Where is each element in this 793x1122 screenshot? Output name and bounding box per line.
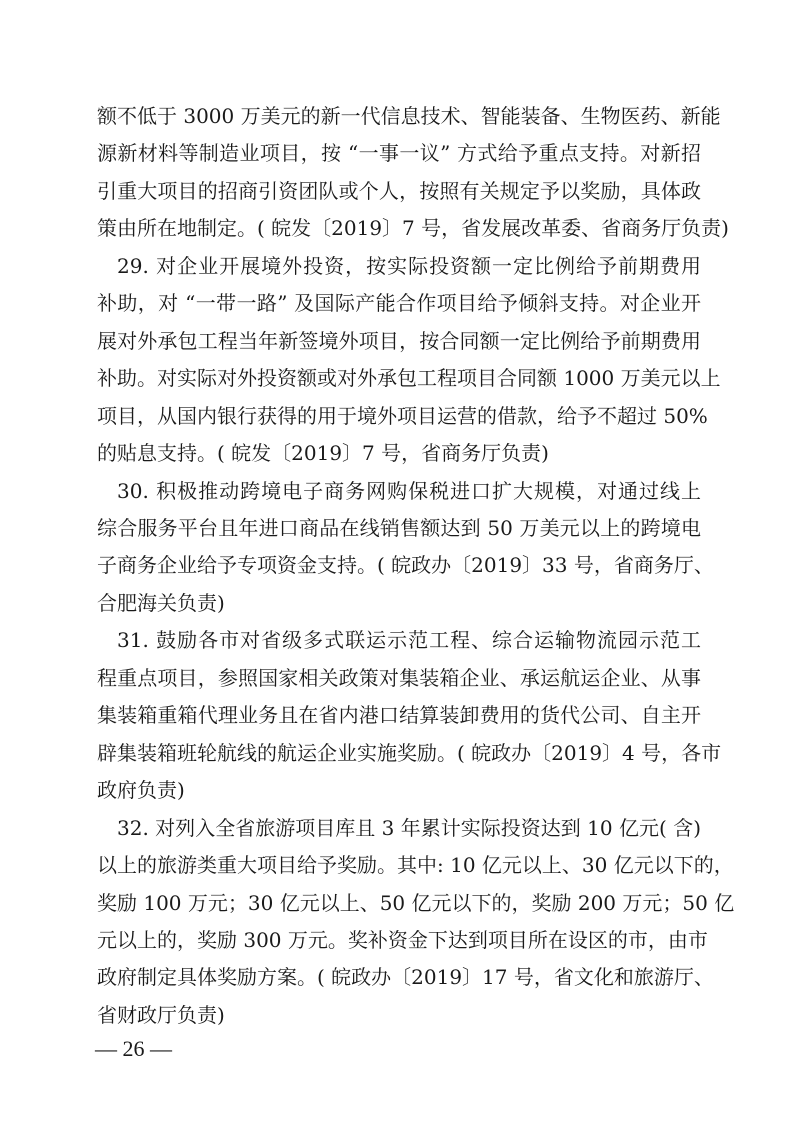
text-line: 综合服务平台且年进口商品在线销售额达到 50 万美元以上的跨境电 [97,510,701,547]
text-line: 省财政厅负责) [97,997,701,1034]
text-line: 的贴息支持。( 皖发〔2019〕7 号，省商务厅负责) [97,435,701,472]
text-line: 合肥海关负责) [97,585,701,622]
text-line: 元以上的，奖励 300 万元。奖补资金下达到项目所在设区的市，由市 [97,922,701,959]
text-line: 额不低于 3000 万美元的新一代信息技术、智能装备、生物医药、新能 [97,98,701,135]
paragraph-29: 29. 对企业开展境外投资，按实际投资额一定比例给予前期费用 补助，对 “一带一… [97,248,701,473]
paragraph-30: 30. 积极推动跨境电子商务网购保税进口扩大规模，对通过线上 综合服务平台且年进… [97,473,701,623]
text-line: 子商务企业给予专项资金支持。( 皖政办〔2019〕33 号，省商务厅、 [97,547,701,584]
paragraph-32: 32. 对列入全省旅游项目库且 3 年累计实际投资达到 10 亿元( 含) 以上… [97,810,701,1035]
text-line: 29. 对企业开展境外投资，按实际投资额一定比例给予前期费用 [97,248,701,285]
text-line: 30. 积极推动跨境电子商务网购保税进口扩大规模，对通过线上 [97,473,701,510]
text-line: 奖励 100 万元；30 亿元以上、50 亿元以下的，奖励 200 万元；50 … [97,885,701,922]
text-line: 补助，对 “一带一路” 及国际产能合作项目给予倾斜支持。对企业开 [97,285,701,322]
text-line: 辟集装箱班轮航线的航运企业实施奖励。( 皖政办〔2019〕4 号，各市 [97,735,701,772]
paragraph-31: 31. 鼓励各市对省级多式联运示范工程、综合运输物流园示范工 程重点项目，参照国… [97,622,701,809]
paragraph-28-continued: 额不低于 3000 万美元的新一代信息技术、智能装备、生物医药、新能 源新材料等… [97,98,701,248]
text-line: 程重点项目，参照国家相关政策对集装箱企业、承运航运企业、从事 [97,660,701,697]
text-line: 策由所在地制定。( 皖发〔2019〕7 号，省发展改革委、省商务厅负责) [97,210,701,247]
text-line: 政府制定具体奖励方案。( 皖政办〔2019〕17 号，省文化和旅游厅、 [97,959,701,996]
text-line: 补助。对实际对外投资额或对外承包工程项目合同额 1000 万美元以上 [97,360,701,397]
document-page: 额不低于 3000 万美元的新一代信息技术、智能装备、生物医药、新能 源新材料等… [97,98,701,1034]
text-line: 31. 鼓励各市对省级多式联运示范工程、综合运输物流园示范工 [97,622,701,659]
text-line: 政府负责) [97,772,701,809]
text-line: 集装箱重箱代理业务且在省内港口结算装卸费用的货代公司、自主开 [97,697,701,734]
text-line: 以上的旅游类重大项目给予奖励。其中: 10 亿元以上、30 亿元以下的， [97,847,701,884]
text-line: 项目，从国内银行获得的用于境外项目运营的借款，给予不超过 50% [97,398,701,435]
text-line: 源新材料等制造业项目，按 “一事一议” 方式给予重点支持。对新招 [97,135,701,172]
text-line: 32. 对列入全省旅游项目库且 3 年累计实际投资达到 10 亿元( 含) [97,810,701,847]
text-line: 引重大项目的招商引资团队或个人，按照有关规定予以奖励，具体政 [97,173,701,210]
page-number: — 26 — [95,1036,172,1062]
text-line: 展对外承包工程当年新签境外项目，按合同额一定比例给予前期费用 [97,323,701,360]
